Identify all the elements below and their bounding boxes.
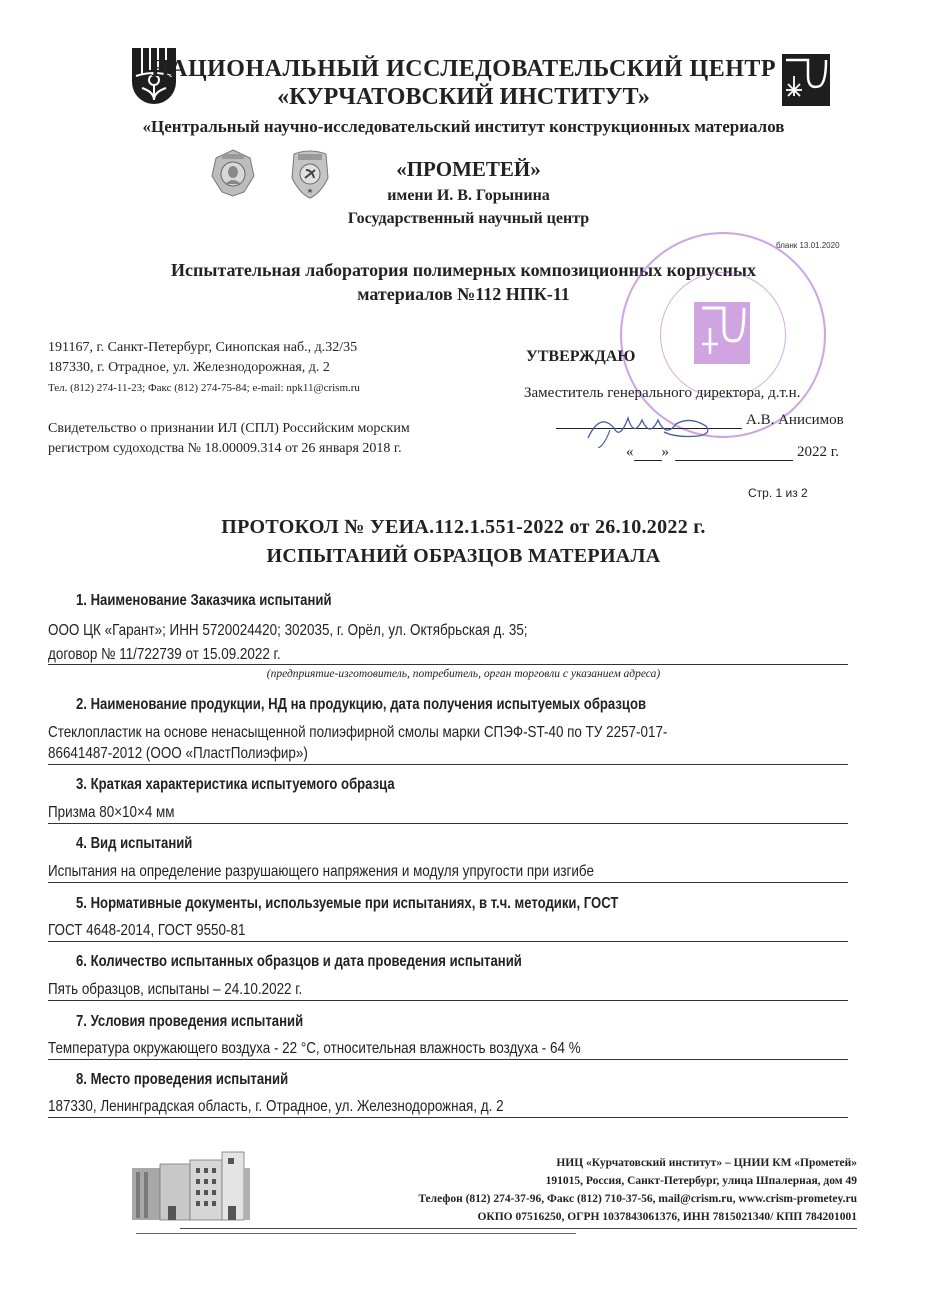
protocol-title: ПРОТОКОЛ № УЕИА.112.1.551-2022 от 26.10.… bbox=[0, 516, 927, 539]
section-3-heading: 3. Краткая характеристика испытуемого об… bbox=[76, 776, 395, 794]
section-1-heading: 1. Наименование Заказчика испытаний bbox=[76, 592, 332, 610]
section-3-value: Призма 80×10×4 мм bbox=[48, 804, 175, 822]
section-5-heading: 5. Нормативные документы, используемые п… bbox=[76, 895, 618, 913]
page-number: Стр. 1 из 2 bbox=[748, 486, 808, 500]
approval-title: УТВЕРЖДАЮ bbox=[526, 348, 635, 366]
section-1-value-line2: договор № 11/722739 от 15.09.2022 г. bbox=[48, 646, 281, 664]
section-6-rule bbox=[48, 1000, 848, 1001]
org-name-line1: НАЦИОНАЛЬНЫЙ ИССЛЕДОВАТЕЛЬСКИЙ ЦЕНТР bbox=[0, 56, 927, 83]
protocol-subtitle: ИСПЫТАНИЙ ОБРАЗЦОВ МАТЕРИАЛА bbox=[0, 545, 927, 568]
named-after: имени И. В. Горынина bbox=[0, 187, 927, 205]
footer-contacts: Телефон (812) 274-37-96, Факс (812) 710-… bbox=[418, 1193, 857, 1205]
section-4-heading: 4. Вид испытаний bbox=[76, 835, 192, 853]
section-5-rule bbox=[48, 941, 848, 942]
section-1-hint: (предприятие-изготовитель, потребитель, … bbox=[0, 668, 927, 680]
footer-rule-1 bbox=[180, 1228, 857, 1229]
institute-short-name: «ПРОМЕТЕЙ» bbox=[0, 157, 927, 182]
section-1-rule bbox=[48, 664, 848, 665]
month-blank bbox=[675, 446, 793, 461]
section-6-heading: 6. Количество испытанных образцов и дата… bbox=[76, 953, 522, 971]
section-1-value-line1: ООО ЦК «Гарант»; ИНН 5720024420; 302035,… bbox=[48, 622, 528, 640]
org-name-line2: «КУРЧАТОВСКИЙ ИНСТИТУТ» bbox=[0, 84, 927, 111]
footer-org: НИЦ «Курчатовский институт» – ЦНИИ КМ «П… bbox=[556, 1157, 857, 1169]
section-2-value-line2: 86641487-2012 (ООО «ПластПолиэфир») bbox=[48, 745, 308, 763]
section-2-value-line1: Стеклопластик на основе ненасыщенной пол… bbox=[48, 724, 667, 742]
section-7-rule bbox=[48, 1059, 848, 1060]
footer-registration: ОКПО 07516250, ОГРН 1037843061376, ИНН 7… bbox=[477, 1211, 857, 1223]
institute-status: Государственный научный центр bbox=[0, 210, 927, 228]
lab-address-1: 191167, г. Санкт-Петербург, Синопская на… bbox=[48, 340, 357, 356]
approval-year: 2022 г. bbox=[797, 444, 839, 460]
certificate-line2: регистром судоходства № 18.00009.314 от … bbox=[48, 441, 402, 457]
approval-date: «»2022 г. bbox=[626, 444, 839, 461]
footer-address: 191015, Россия, Санкт-Петербург, улица Ш… bbox=[546, 1175, 857, 1187]
section-2-heading: 2. Наименование продукции, НД на продукц… bbox=[76, 696, 646, 714]
certificate-line1: Свидетельство о признании ИЛ (СПЛ) Росси… bbox=[48, 421, 410, 437]
lab-phones: Тел. (812) 274-11-23; Факс (812) 274-75-… bbox=[48, 382, 360, 394]
section-8-heading: 8. Место проведения испытаний bbox=[76, 1071, 288, 1089]
lab-address-2: 187330, г. Отрадное, ул. Железнодорожная… bbox=[48, 360, 330, 376]
section-4-rule bbox=[48, 882, 848, 883]
section-8-rule bbox=[48, 1117, 848, 1118]
section-7-value: Температура окружающего воздуха - 22 °С,… bbox=[48, 1040, 581, 1058]
section-8-value: 187330, Ленинградская область, г. Отрадн… bbox=[48, 1098, 504, 1116]
stamp-emblem-icon bbox=[690, 296, 756, 370]
approver-name: А.В. Анисимов bbox=[746, 412, 844, 428]
approver-position: Заместитель генерального директора, д.т.… bbox=[524, 385, 800, 402]
section-5-value: ГОСТ 4648-2014, ГОСТ 9550-81 bbox=[48, 922, 245, 940]
section-7-heading: 7. Условия проведения испытаний bbox=[76, 1013, 303, 1031]
footer-rule-2 bbox=[136, 1233, 576, 1234]
institute-building-icon bbox=[130, 1150, 252, 1222]
form-version: бланк 13.01.2020 bbox=[776, 241, 840, 250]
day-blank bbox=[634, 446, 662, 461]
institute-name: «Центральный научно-исследовательский ин… bbox=[0, 117, 927, 137]
section-3-rule bbox=[48, 823, 848, 824]
section-6-value: Пять образцов, испытаны – 24.10.2022 г. bbox=[48, 981, 302, 999]
section-2-rule bbox=[48, 764, 848, 765]
section-4-value: Испытания на определение разрушающего на… bbox=[48, 863, 594, 881]
signature-icon bbox=[580, 408, 730, 448]
